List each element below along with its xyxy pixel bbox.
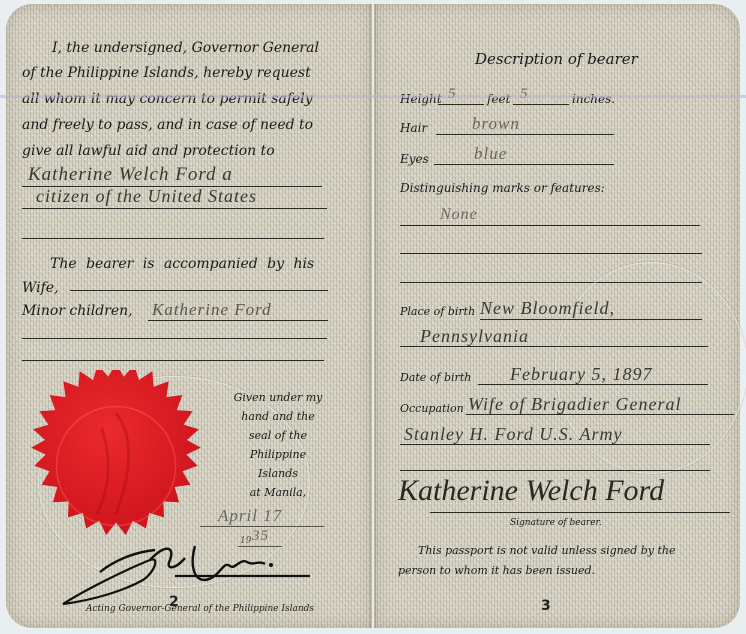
marks-rule-2 — [400, 253, 702, 254]
blank-rule — [22, 238, 324, 239]
request-line-1: I, the undersigned, Governor General — [52, 40, 319, 56]
minor-children-label: Minor children, — [22, 303, 133, 319]
minor-children-value: Katherine Ford — [152, 300, 272, 320]
given-line-4: Philippine — [222, 445, 334, 464]
eyes-label: Eyes — [400, 152, 429, 166]
place-of-birth-line2: Pennsylvania — [420, 326, 529, 347]
marks-label: Distinguishing marks or features: — [400, 181, 605, 195]
bearer-name-handwritten: Katherine Welch Ford a — [28, 164, 233, 186]
page-number-right: 3 — [541, 598, 551, 614]
eyes-rule — [434, 164, 614, 165]
height-feet-rule — [438, 104, 484, 105]
children-rule-3 — [22, 360, 324, 361]
date-of-birth-label: Date of birth — [400, 371, 471, 384]
official-title: Acting Governor-General of the Philippin… — [86, 604, 314, 614]
eyes-value: blue — [474, 144, 507, 164]
minor-children-rule — [148, 320, 328, 321]
issue-date-handwritten: April 17 — [218, 506, 282, 526]
hair-value: brown — [472, 114, 520, 134]
place-of-birth-label: Place of birth — [400, 305, 475, 318]
validity-notice-line1: This passport is not valid unless signed… — [418, 544, 676, 557]
occupation-label: Occupation — [400, 402, 464, 415]
given-under-block: Given under my hand and the seal of the … — [222, 388, 334, 502]
description-title: Description of bearer — [475, 50, 638, 68]
given-line-5: Islands — [222, 464, 334, 483]
place-of-birth-rule-1 — [480, 319, 702, 320]
hair-label: Hair — [400, 121, 427, 135]
occupation-rule-3 — [400, 470, 710, 471]
citizenship-rule — [22, 208, 327, 209]
accompanied-heading: The bearer is accompanied by his — [50, 256, 314, 272]
occupation-line1: Wife of Brigadier General — [468, 394, 681, 415]
bearer-signature: Katherine Welch Ford — [398, 474, 664, 508]
children-rule-2 — [22, 338, 327, 339]
given-line-1: Given under my — [222, 388, 334, 407]
official-signature-icon — [55, 530, 315, 610]
place-of-birth-line1: New Bloomfield, — [480, 298, 615, 319]
request-line-4: and freely to pass, and in case of need … — [22, 117, 313, 133]
occupation-rule-1 — [466, 414, 734, 415]
validity-notice-line2: person to whom it has been issued. — [398, 564, 595, 577]
signature-rule — [430, 512, 730, 513]
request-line-5: give all lawful aid and protection to — [22, 143, 275, 159]
given-line-6: at Manila, — [222, 483, 334, 502]
wife-rule — [70, 290, 328, 291]
scan-artifact-line — [0, 95, 746, 98]
date-of-birth-value: February 5, 1897 — [510, 364, 652, 385]
given-line-3: seal of the — [222, 426, 334, 445]
place-of-birth-rule-2 — [400, 346, 708, 347]
wife-label: Wife, — [22, 280, 59, 296]
height-inches-rule — [513, 104, 569, 105]
marks-value: None — [440, 206, 478, 224]
marks-rule-1 — [400, 225, 700, 226]
occupation-rule-2 — [400, 444, 710, 445]
request-line-3: all whom it may concern to permit safely — [22, 91, 313, 107]
citizenship-handwritten: citizen of the United States — [36, 186, 257, 207]
issue-date-rule — [200, 526, 324, 527]
occupation-line2: Stanley H. Ford U.S. Army — [404, 424, 622, 445]
hair-rule — [436, 134, 614, 135]
given-line-2: hand and the — [222, 407, 334, 426]
signature-caption: Signature of bearer. — [510, 518, 602, 528]
date-of-birth-rule — [478, 384, 708, 385]
request-line-2: of the Philippine Islands, hereby reques… — [22, 65, 311, 81]
